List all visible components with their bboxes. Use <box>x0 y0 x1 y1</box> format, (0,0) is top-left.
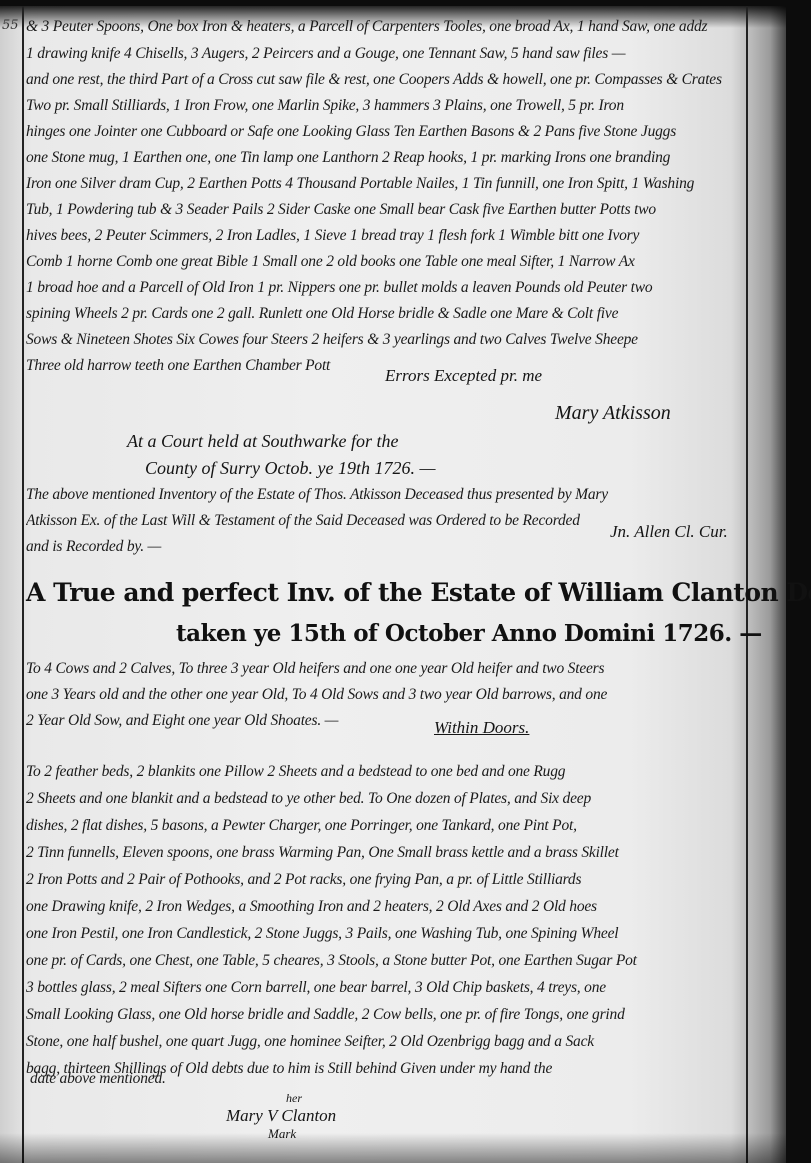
inventory-line: Sows & Nineteen Shotes Six Cowes four St… <box>26 331 744 349</box>
section-label-within-doors: Within Doors. <box>434 718 529 738</box>
signature-mary-clanton: Mary V Clanton <box>226 1106 336 1126</box>
household-line: one Iron Pestil, one Iron Candlestick, 2… <box>26 925 744 943</box>
folio-number: 55 <box>2 18 19 33</box>
inventory-line: Two pr. Small Stilliards, 1 Iron Frow, o… <box>26 97 744 115</box>
inventory-line: Iron one Silver dram Cup, 2 Earthen Pott… <box>26 175 744 193</box>
inventory-line: Tub, 1 Powdering tub & 3 Seader Pails 2 … <box>26 201 744 219</box>
household-line: 2 Tinn funnells, Eleven spoons, one bras… <box>26 844 744 862</box>
household-line: Stone, one half bushel, one quart Jugg, … <box>26 1033 744 1051</box>
livestock-line: 2 Year Old Sow, and Eight one year Old S… <box>26 712 744 730</box>
inventory-line: Comb 1 horne Comb one great Bible 1 Smal… <box>26 253 744 271</box>
inventory-line: spining Wheels 2 pr. Cards one 2 gall. R… <box>26 305 744 323</box>
inventory-line: hives bees, 2 Peuter Scimmers, 2 Iron La… <box>26 227 744 245</box>
household-line: 2 Iron Potts and 2 Pair of Pothooks, and… <box>26 871 744 889</box>
household-closing-line: date above mentioned. <box>30 1070 748 1088</box>
household-line: one Drawing knife, 2 Iron Wedges, a Smoo… <box>26 898 744 916</box>
inventory-line: 1 broad hoe and a Parcell of Old Iron 1 … <box>26 279 744 297</box>
signature-mary-atkisson: Mary Atkisson <box>555 402 671 425</box>
inventory-heading-line-2: taken ye 15th of October Anno Domini 172… <box>176 620 762 647</box>
signature-her: her <box>286 1091 302 1106</box>
livestock-line: one 3 Years old and the other one year O… <box>26 686 744 704</box>
household-line: To 2 feather beds, 2 blankits one Pillow… <box>26 763 744 781</box>
inventory-line: and one rest, the third Part of a Cross … <box>26 71 744 89</box>
ledger-page: 55 & 3 Peuter Spoons, One box Iron & hea… <box>0 6 786 1163</box>
court-record-body-line: The above mentioned Inventory of the Est… <box>26 486 744 504</box>
household-line: Small Looking Glass, one Old horse bridl… <box>26 1006 744 1024</box>
household-line: 3 bottles glass, 2 meal Sifters one Corn… <box>26 979 744 997</box>
inventory-line: 1 drawing knife 4 Chisells, 3 Augers, 2 … <box>26 45 744 63</box>
inventory-heading-line-1: A True and perfect Inv. of the Estate of… <box>26 578 811 607</box>
court-record-line-1: At a Court held at Southwarke for the <box>127 431 399 452</box>
inventory-line: one Stone mug, 1 Earthen one, one Tin la… <box>26 149 744 167</box>
left-margin-rule <box>22 6 24 1163</box>
household-line: dishes, 2 flat dishes, 5 basons, a Pewte… <box>26 817 744 835</box>
clerk-signature: Jn. Allen Cl. Cur. <box>610 522 728 542</box>
household-line: 2 Sheets and one blankit and a bedstead … <box>26 790 744 808</box>
signature-mark: Mark <box>268 1126 296 1142</box>
inventory-line: & 3 Peuter Spoons, One box Iron & heater… <box>26 18 744 36</box>
inventory-line: hinges one Jointer one Cubboard or Safe … <box>26 123 744 141</box>
household-line: one pr. of Cards, one Chest, one Table, … <box>26 952 744 970</box>
court-record-line-2: County of Surry Octob. ye 19th 1726. — <box>145 458 435 479</box>
livestock-line: To 4 Cows and 2 Calves, To three 3 year … <box>26 660 744 678</box>
errors-excepted-note: Errors Excepted pr. me <box>385 366 542 386</box>
